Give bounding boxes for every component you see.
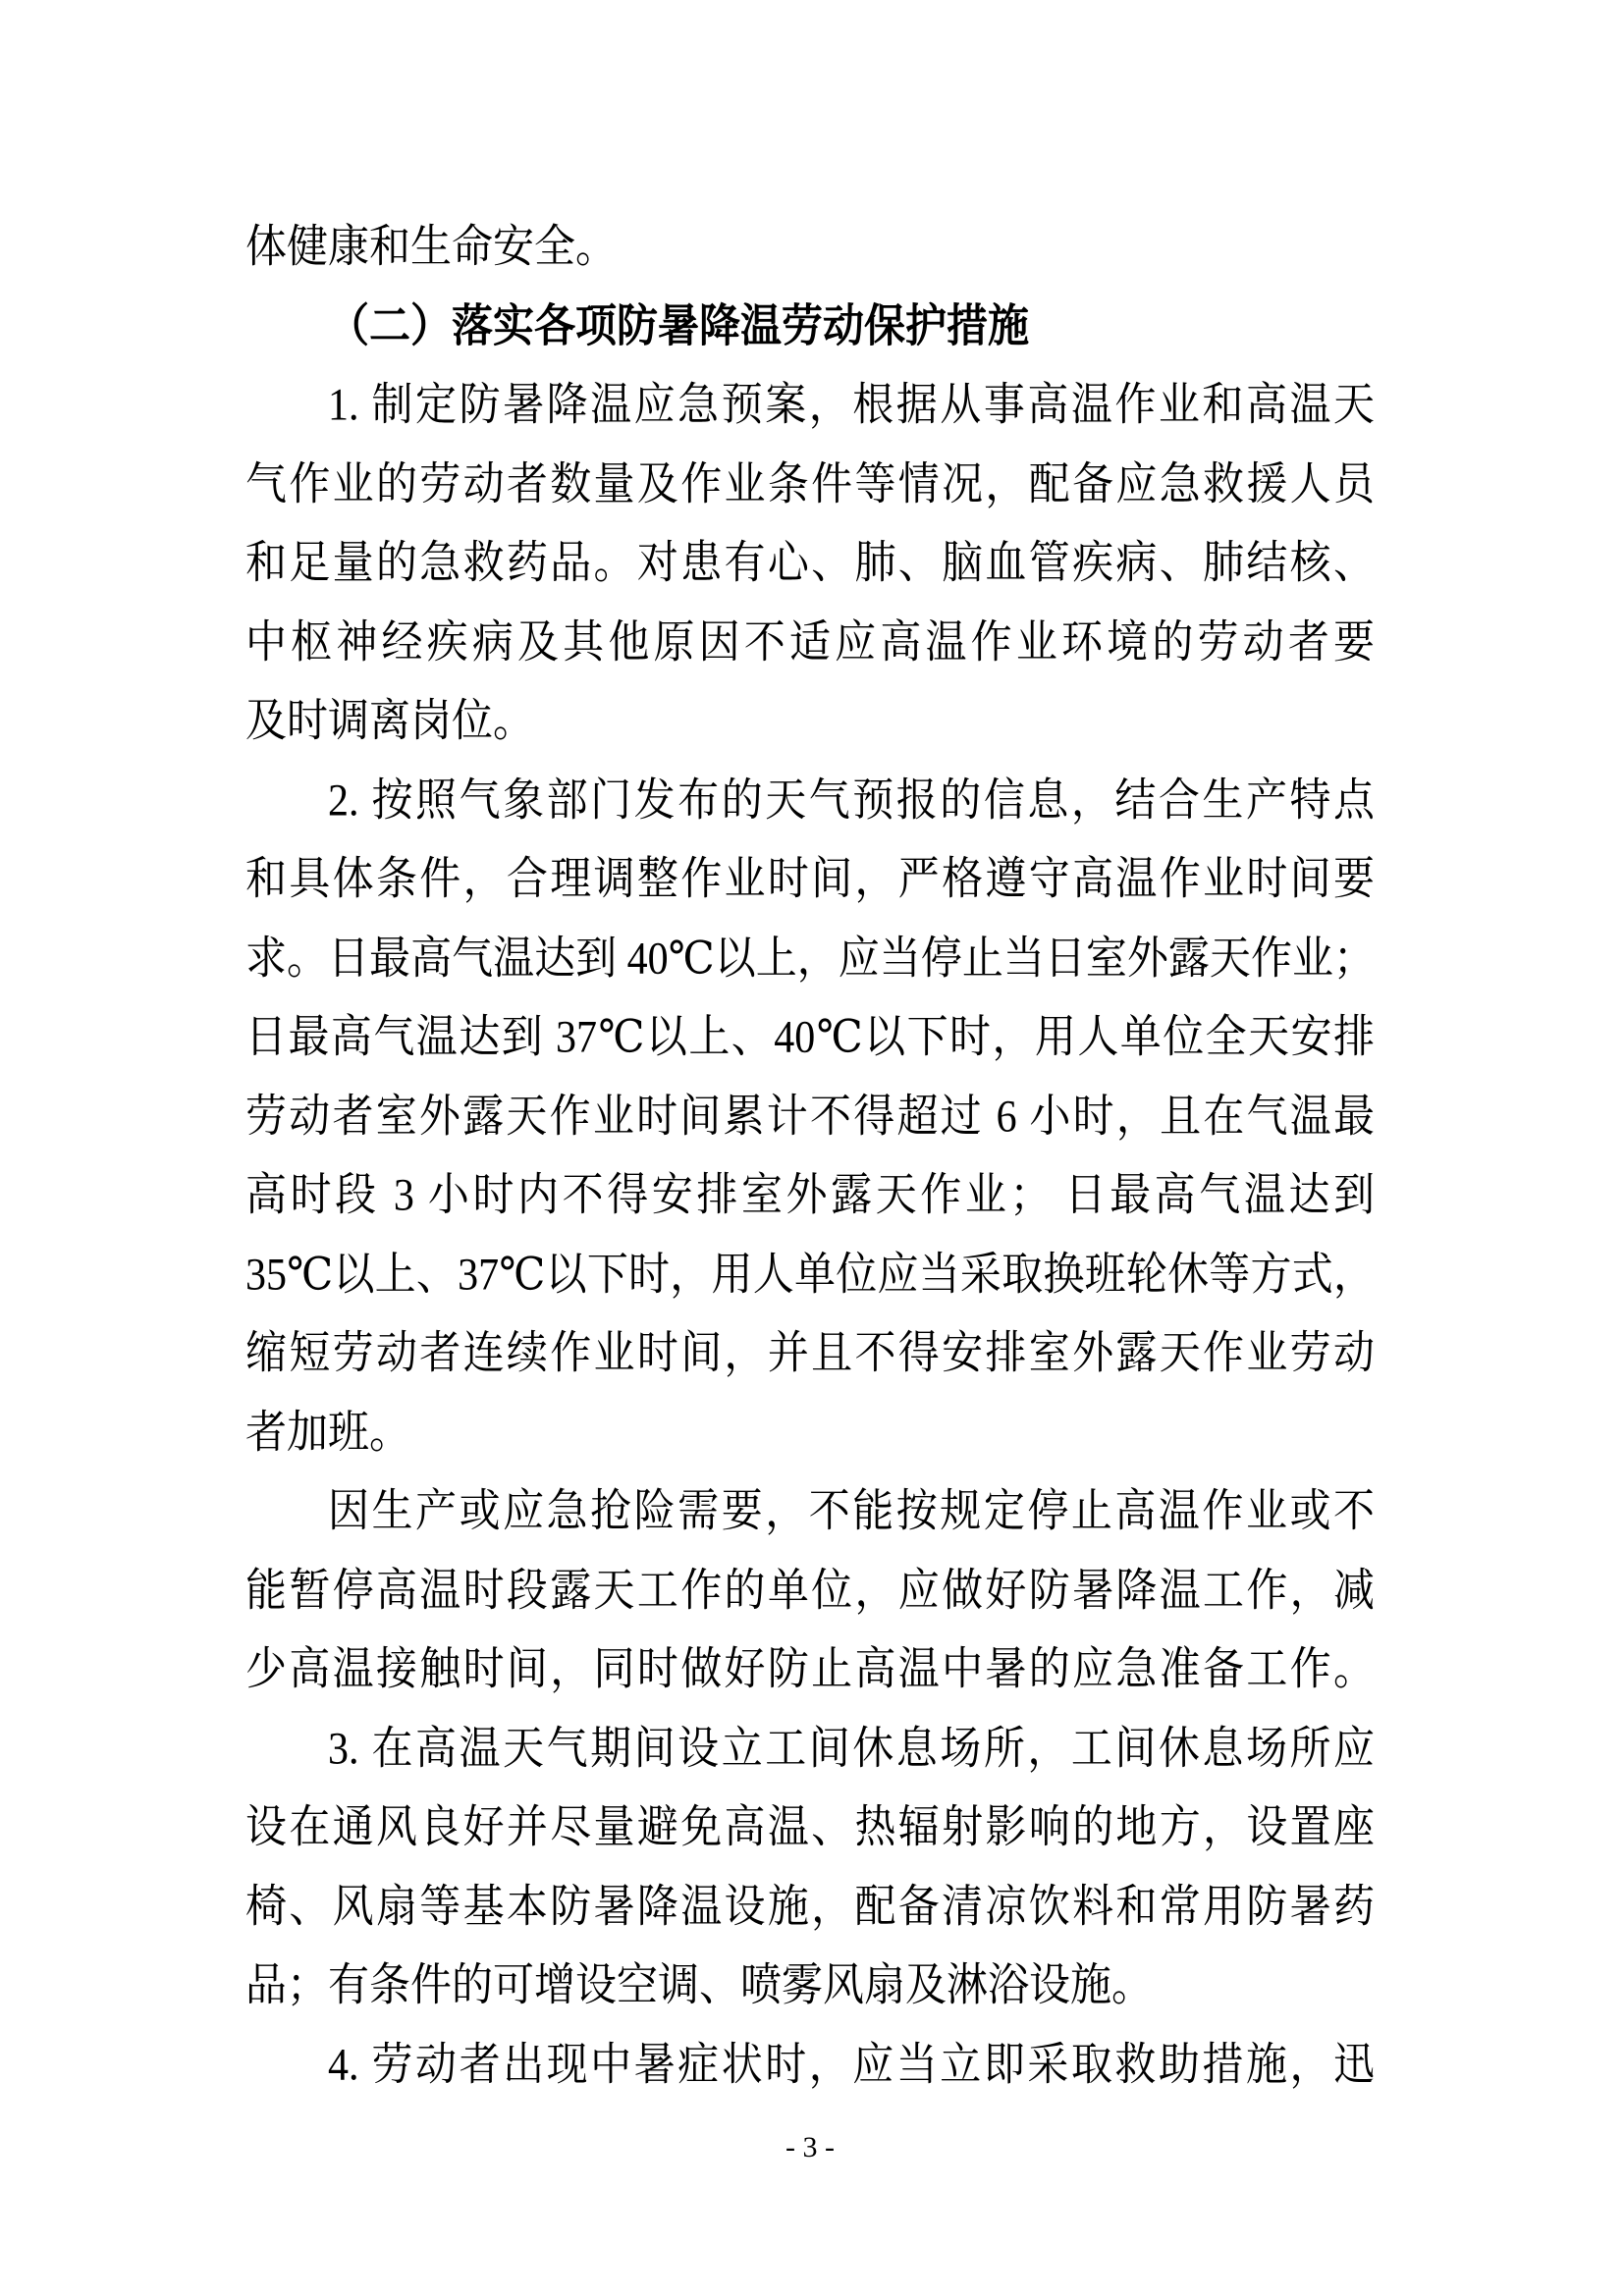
- text-line: 3. 在高温天气期间设立工间休息场所，工间休息场所应: [245, 1705, 1375, 1792]
- page-number: - 3 -: [245, 2122, 1375, 2173]
- text-line: 及时调离岗位。: [245, 678, 1375, 766]
- text-line: 劳动者室外露天作业时间累计不得超过 6 小时，且在气温最: [245, 1073, 1375, 1160]
- text-line: 设在通风良好并尽量避免高温、热辐射影响的地方，设置座: [245, 1785, 1375, 1872]
- text-line: 椅、风扇等基本防暑降温设施，配备清凉饮料和常用防暑药: [245, 1863, 1375, 1950]
- text-line: 体健康和生命安全。: [245, 204, 1375, 292]
- text-line: 高时段 3 小时内不得安排室外露天作业； 日最高气温达到: [245, 1152, 1375, 1240]
- text-line: 求。日最高气温达到 40℃以上，应当停止当日室外露天作业；: [245, 915, 1375, 1002]
- section-heading: （二）落实各项防暑降温劳动保护措施: [245, 283, 1375, 370]
- text-line: 气作业的劳动者数量及作业条件等情况，配备应急救援人员: [245, 441, 1375, 528]
- text-line: 和具体条件，合理调整作业时间，严格遵守高温作业时间要: [245, 836, 1375, 924]
- text-line: 品；有条件的可增设空调、喷雾风扇及淋浴设施。: [245, 1943, 1375, 2030]
- text-line: 4. 劳动者出现中暑症状时，应当立即采取救助措施，迅: [245, 2021, 1375, 2109]
- document-body: 体健康和生命安全。 （二）落实各项防暑降温劳动保护措施 1. 制定防暑降温应急预…: [245, 208, 1375, 2105]
- text-line: 2. 按照气象部门发布的天气预报的信息，结合生产特点: [245, 757, 1375, 844]
- text-line: 缩短劳动者连续作业时间，并且不得安排室外露天作业劳动: [245, 1310, 1375, 1398]
- text-line: 和足量的急救药品。对患有心、肺、脑血管疾病、肺结核、: [245, 520, 1375, 608]
- text-line: 35℃以上、37℃以下时，用人单位应当采取换班轮休等方式，: [245, 1231, 1375, 1318]
- text-line: 1. 制定防暑降温应急预案，根据从事高温作业和高温天: [245, 362, 1375, 450]
- text-line: 日最高气温达到 37℃以上、40℃以下时，用人单位全天安排: [245, 994, 1375, 1082]
- text-line: 少高温接触时间，同时做好防止高温中暑的应急准备工作。: [245, 1627, 1375, 1714]
- text-line: 能暂停高温时段露天工作的单位，应做好防暑降温工作，减: [245, 1547, 1375, 1634]
- text-line: 因生产或应急抢险需要，不能按规定停止高温作业或不: [245, 1468, 1375, 1556]
- text-line: 中枢神经疾病及其他原因不适应高温作业环境的劳动者要: [245, 599, 1375, 686]
- text-line: 者加班。: [245, 1389, 1375, 1476]
- document-page: 体健康和生命安全。 （二）落实各项防暑降温劳动保护措施 1. 制定防暑降温应急预…: [0, 0, 1624, 2296]
